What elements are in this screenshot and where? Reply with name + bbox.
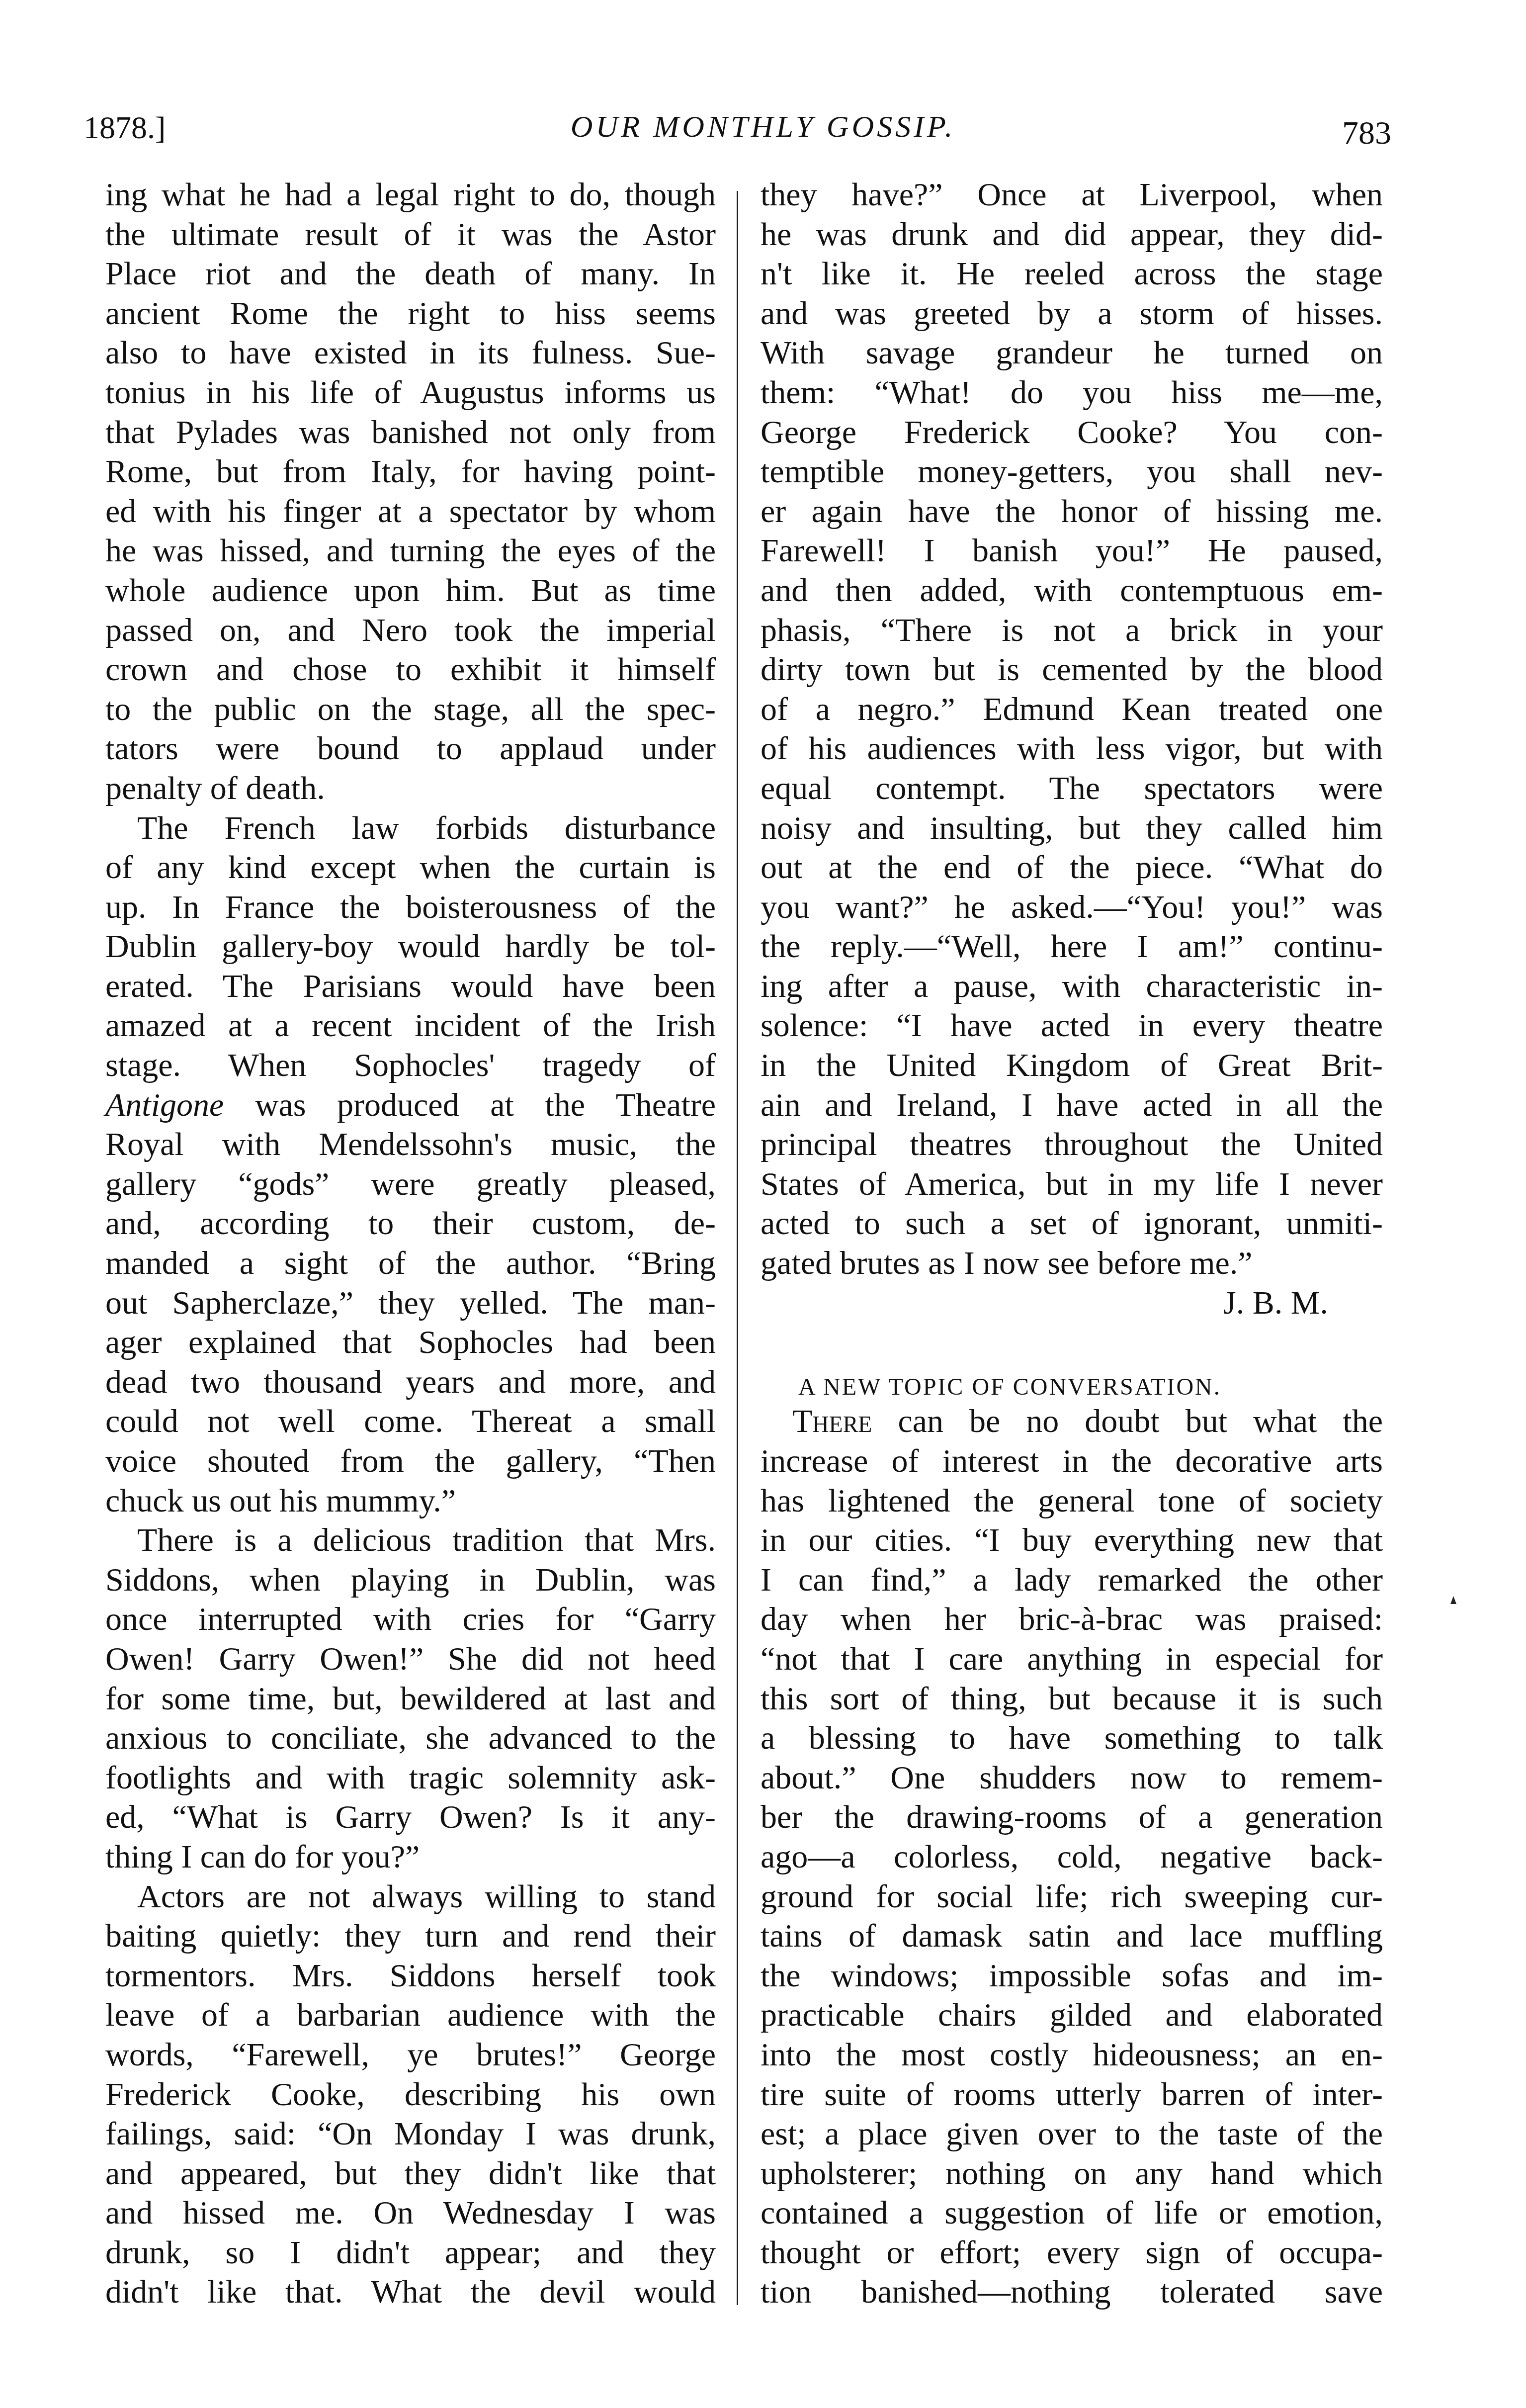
text-line: noisy and insulting, but they called him <box>761 808 1383 848</box>
text-line: day when her bric-à-brac was praised: <box>761 1600 1383 1639</box>
text-line: of his audiences with less vigor, but wi… <box>761 729 1383 769</box>
text-line: ground for social life; rich sweeping cu… <box>761 1877 1383 1917</box>
text-line: and, according to their custom, de- <box>105 1204 716 1244</box>
text-line: solence: “I have acted in every theatre <box>761 1006 1383 1046</box>
text-line: didn't like that. What the devil would <box>105 2272 716 2312</box>
text-line: practicable chairs gilded and elaborated <box>761 1995 1383 2035</box>
paragraph-start: Actors are not always willing to stand <box>105 1877 716 1917</box>
text-line: into the most costly hideousness; an en- <box>761 2035 1383 2075</box>
text-line: Royal with Mendelssohn's music, the <box>105 1125 716 1164</box>
column-divider <box>737 191 738 2305</box>
text-line: dirty town but is cemented by the blood <box>761 650 1383 690</box>
text-line: could not well come. Thereat a small <box>105 1402 716 1441</box>
text-line: them: “What! do you hiss me—me, <box>761 373 1383 413</box>
text-line: Antigone was produced at the Theatre <box>105 1085 716 1125</box>
text-line: amazed at a recent incident of the Irish <box>105 1006 716 1046</box>
text-line: er again have the honor of hissing me. <box>761 492 1383 532</box>
text-line: penalty of death. <box>105 769 716 808</box>
paragraph-start: There is a delicious tradition that Mrs. <box>105 1520 716 1560</box>
text-line: erated. The Parisians would have been <box>105 967 716 1006</box>
text-line: a blessing to have something to talk <box>761 1718 1383 1758</box>
page-number: 783 <box>1342 114 1391 152</box>
text-line: about.” One shudders now to remem- <box>761 1758 1383 1798</box>
text-line: contained a suggestion of life or emotio… <box>761 2193 1383 2233</box>
text-line: principal theatres throughout the United <box>761 1125 1383 1164</box>
text-line: States of America, but in my life I neve… <box>761 1164 1383 1204</box>
text-line: gallery “gods” were greatly pleased, <box>105 1164 716 1204</box>
text-line: “not that I care anything in especial fo… <box>761 1639 1383 1679</box>
text-fragment: was produced at the Theatre <box>224 1087 716 1123</box>
text-line: and was greeted by a storm of hisses. <box>761 294 1383 334</box>
text-line: temptible money-getters, you shall nev- <box>761 452 1383 492</box>
text-line: out at the end of the piece. “What do <box>761 848 1383 888</box>
text-line: stage. When Sophocles' tragedy of <box>105 1046 716 1085</box>
text-line: also to have existed in its fulness. Sue… <box>105 333 716 373</box>
text-line: anxious to conciliate, she advanced to t… <box>105 1718 716 1758</box>
text-line: tains of damask satin and lace muffling <box>761 1916 1383 1956</box>
text-line: that Pylades was banished not only from <box>105 413 716 452</box>
text-line: ago—a colorless, cold, negative back- <box>761 1837 1383 1877</box>
paragraph-start: The French law forbids disturbance <box>105 808 716 848</box>
text-line: manded a sight of the author. “Bring <box>105 1244 716 1283</box>
text-line: Siddons, when playing in Dublin, was <box>105 1560 716 1600</box>
text-line: of any kind except when the curtain is <box>105 848 716 888</box>
left-column: ing what he had a legal right to do, tho… <box>105 175 716 2312</box>
paragraph-start: There can be no doubt but what the <box>761 1402 1383 1441</box>
text-line: With savage grandeur he turned on <box>761 333 1383 373</box>
text-line: tion banished—nothing tolerated save <box>761 2272 1383 2312</box>
text-line: he was hissed, and turning the eyes of t… <box>105 531 716 571</box>
text-line: I can find,” a lady remarked the other <box>761 1560 1383 1600</box>
text-line: failings, said: “On Monday I was drunk, <box>105 2114 716 2154</box>
text-line: passed on, and Nero took the imperial <box>105 611 716 650</box>
text-line: gated brutes as I now see before me.” <box>761 1244 1383 1283</box>
text-line: and appeared, but they didn't like that <box>105 2154 716 2194</box>
text-line: ancient Rome the right to hiss seems <box>105 294 716 334</box>
text-line: drunk, so I didn't appear; and they <box>105 2233 716 2273</box>
text-line: has lightened the general tone of societ… <box>761 1481 1383 1521</box>
text-line: he was drunk and did appear, they did- <box>761 215 1383 255</box>
text-line: ing what he had a legal right to do, tho… <box>105 175 716 215</box>
running-header: 1878.] OUR MONTHLY GOSSIP. 783 <box>0 109 1526 154</box>
text-line: to the public on the stage, all the spec… <box>105 690 716 729</box>
text-line: tire suite of rooms utterly barren of in… <box>761 2075 1383 2115</box>
text-line: Owen! Garry Owen!” She did not heed <box>105 1639 716 1679</box>
text-line: upholsterer; nothing on any hand which <box>761 2154 1383 2194</box>
text-line: ing after a pause, with characteristic i… <box>761 967 1383 1006</box>
italic-title: Antigone <box>105 1087 224 1123</box>
text-line: once interrupted with cries for “Garry <box>105 1600 716 1639</box>
text-line: Rome, but from Italy, for having point- <box>105 452 716 492</box>
text-line: the reply.—“Well, here I am!” continu- <box>761 927 1383 967</box>
text-line: est; a place given over to the taste of … <box>761 2114 1383 2154</box>
text-line: chuck us out his mummy.” <box>105 1481 716 1521</box>
text-line: equal contempt. The spectators were <box>761 769 1383 808</box>
text-line: tonius in his life of Augustus informs u… <box>105 373 716 413</box>
text-line: this sort of thing, but because it is su… <box>761 1679 1383 1719</box>
text-line: George Frederick Cooke? You con- <box>761 413 1383 452</box>
text-line: for some time, but, bewildered at last a… <box>105 1679 716 1719</box>
header-title: OUR MONTHLY GOSSIP. <box>0 109 1526 145</box>
text-line: baiting quietly: they turn and rend thei… <box>105 1916 716 1956</box>
text-line: of a negro.” Edmund Kean treated one <box>761 690 1383 729</box>
text-fragment: can be no doubt but what the <box>872 1403 1383 1439</box>
text-line: up. In France the boisterousness of the <box>105 888 716 927</box>
dropcap-word: There <box>792 1403 872 1439</box>
text-line: ed, “What is Garry Owen? Is it any- <box>105 1797 716 1837</box>
text-line: the windows; impossible sofas and im- <box>761 1956 1383 1996</box>
text-line: they have?” Once at Liverpool, when <box>761 175 1383 215</box>
section-heading: A NEW TOPIC OF CONVERSATION. <box>761 1362 1383 1402</box>
text-line: voice shouted from the gallery, “Then <box>105 1441 716 1481</box>
text-line: tormentors. Mrs. Siddons herself took <box>105 1956 716 1996</box>
text-line: you want?” he asked.—“You! you!” was <box>761 888 1383 927</box>
text-line: n't like it. He reeled across the stage <box>761 254 1383 294</box>
text-line: and hissed me. On Wednesday I was <box>105 2193 716 2233</box>
text-line: Frederick Cooke, describing his own <box>105 2075 716 2115</box>
text-line: in our cities. “I buy everything new tha… <box>761 1520 1383 1560</box>
text-line: thing I can do for you?” <box>105 1837 716 1877</box>
text-line: thought or effort; every sign of occupa- <box>761 2233 1383 2273</box>
text-line: out Sapherclaze,” they yelled. The man- <box>105 1283 716 1323</box>
author-signature: J. B. M. <box>761 1283 1383 1323</box>
text-line: acted to such a set of ignorant, unmiti- <box>761 1204 1383 1244</box>
text-line: ager explained that Sophocles had been <box>105 1323 716 1362</box>
text-line: Dublin gallery-boy would hardly be tol- <box>105 927 716 967</box>
text-line: the ultimate result of it was the Astor <box>105 215 716 255</box>
text-line: ain and Ireland, I have acted in all the <box>761 1085 1383 1125</box>
text-line: ed with his finger at a spectator by who… <box>105 492 716 532</box>
text-line: words, “Farewell, ye brutes!” George <box>105 2035 716 2075</box>
text-line: Farewell! I banish you!” He paused, <box>761 531 1383 571</box>
text-line: increase of interest in the decorative a… <box>761 1441 1383 1481</box>
text-line: ber the drawing-rooms of a generation <box>761 1797 1383 1837</box>
text-line: dead two thousand years and more, and <box>105 1362 716 1402</box>
text-line: crown and chose to exhibit it himself <box>105 650 716 690</box>
section-spacer <box>761 1323 1383 1362</box>
right-column: they have?” Once at Liverpool, when he w… <box>761 175 1383 2312</box>
text-line: tators were bound to applaud under <box>105 729 716 769</box>
margin-speck-icon <box>1450 1596 1456 1604</box>
text-line: phasis, “There is not a brick in your <box>761 611 1383 650</box>
text-line: footlights and with tragic solemnity ask… <box>105 1758 716 1798</box>
text-line: in the United Kingdom of Great Brit- <box>761 1046 1383 1085</box>
text-line: leave of a barbarian audience with the <box>105 1995 716 2035</box>
text-line: Place riot and the death of many. In <box>105 254 716 294</box>
text-line: whole audience upon him. But as time <box>105 571 716 611</box>
text-line: and then added, with contemptuous em- <box>761 571 1383 611</box>
